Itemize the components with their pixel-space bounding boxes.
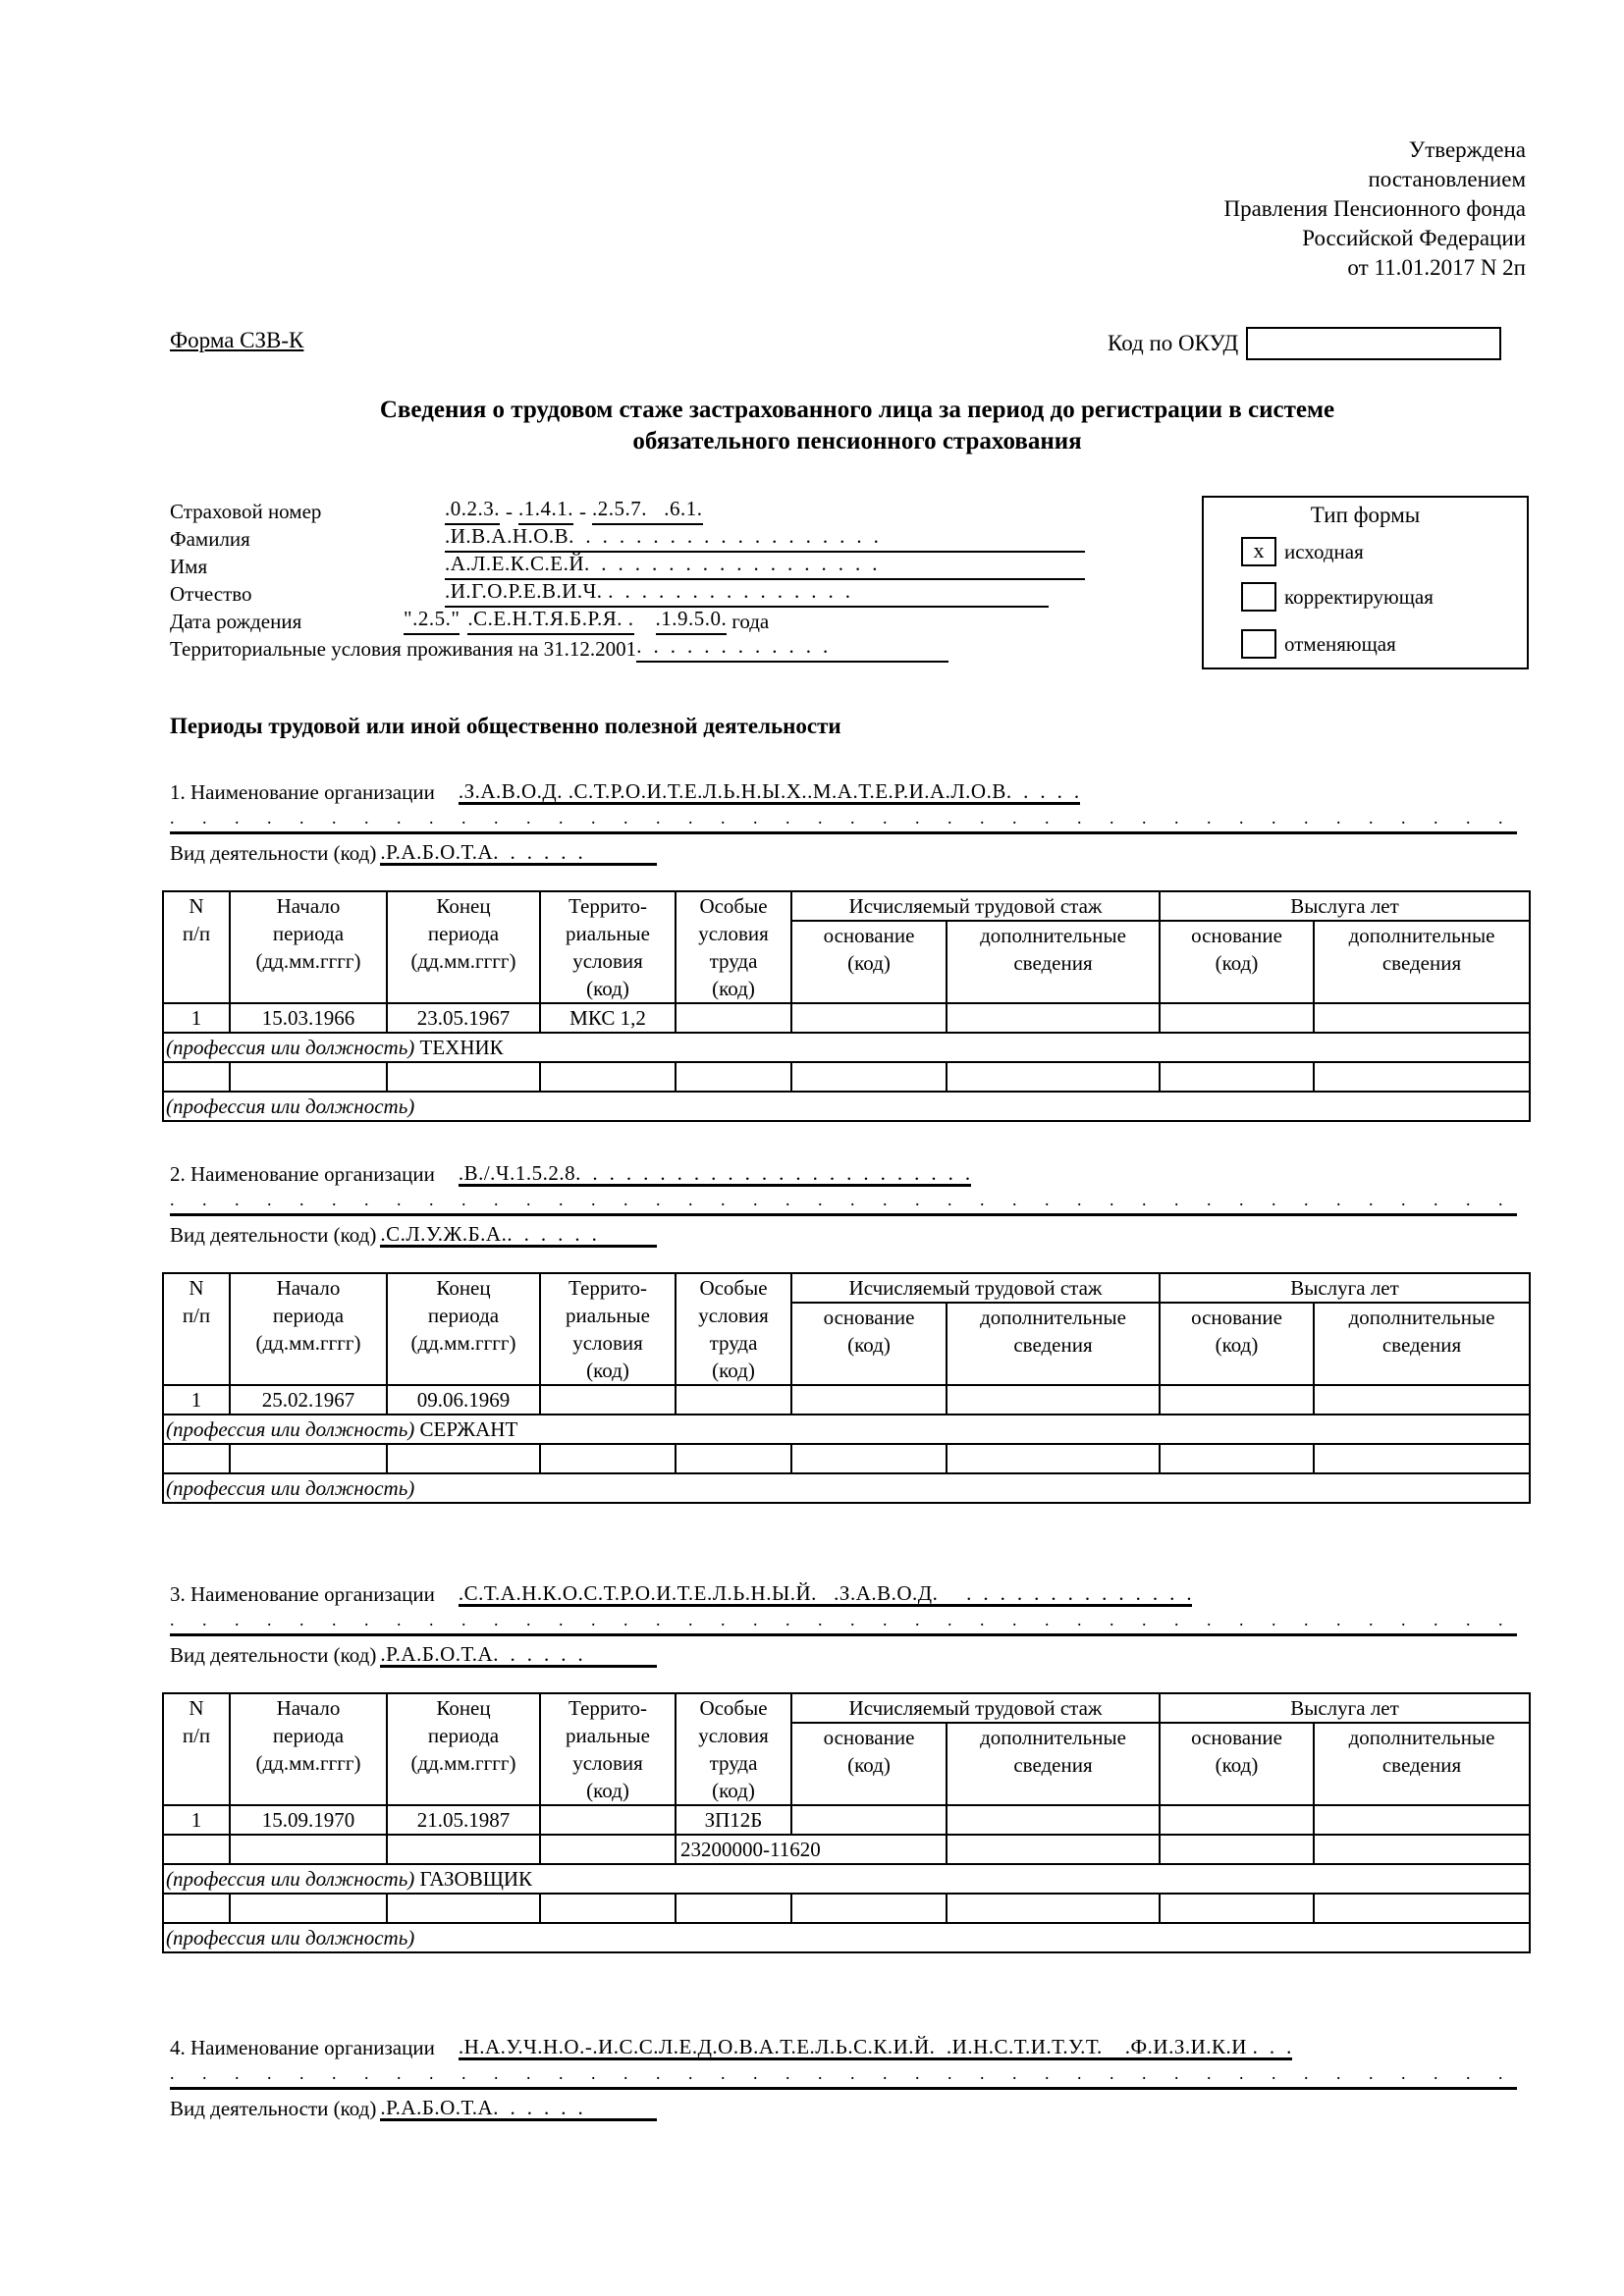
profession-row: (профессия или должность) ТЕХНИК [163,1033,1530,1062]
cell-empty[interactable] [1314,1062,1530,1092]
profession-label: (профессия или должность) [166,1095,414,1118]
cell-stazh-extra[interactable] [947,1385,1160,1415]
profession-label: (профессия или должность) [166,1926,414,1949]
cell-empty[interactable] [1160,1835,1314,1864]
cell-empty[interactable] [791,1444,947,1473]
cell-empty[interactable] [540,1062,676,1092]
cell-stazh-extra[interactable] [947,1805,1160,1835]
cell-vysluga-basis[interactable] [1160,1003,1314,1033]
header-territorial: Террито- риальные условия (код) [540,1693,676,1805]
surname-label: Фамилия [170,525,445,553]
org-name-continuation-field[interactable]: . . . . . . . . . . . . . . . . . . . . … [170,1187,1517,1216]
header-number: N п/п [163,1693,230,1805]
name-field[interactable]: .А.Л.Е.К.С.Е.Й. . . . . . . . . . . . . … [445,553,1085,580]
cell-empty[interactable] [163,1444,230,1473]
header-end: Конец периода (дд.мм.гггг) [387,1693,540,1805]
okud-field-group: Код по ОКУД [1108,327,1501,360]
table-row-special-extra: 23200000-11620 [163,1835,1530,1864]
cell-empty[interactable] [676,1894,791,1923]
snils-part-2[interactable]: .1.4.1. [518,498,573,525]
header-vysluga-extra: дополнительные сведения [1314,921,1530,1003]
profession-value: ТЕХНИК [420,1036,504,1059]
cell-empty[interactable] [540,1835,676,1864]
okud-input[interactable] [1246,327,1501,360]
cell-empty[interactable] [947,1835,1160,1864]
cell-vysluga-extra[interactable] [1314,1003,1530,1033]
title-line-1: Сведения о трудовом стаже застрахованног… [170,395,1544,426]
cell-n[interactable]: 1 [163,1805,230,1835]
cell-special-extra[interactable]: 23200000-11620 [676,1835,947,1864]
option-label: отменяющая [1284,631,1396,657]
header-special-conditions: Особые условия труда (код) [676,1273,791,1385]
checkbox-corrective[interactable] [1241,582,1276,612]
checkbox-cancelling[interactable] [1241,629,1276,659]
cell-stazh-basis[interactable] [791,1385,947,1415]
header-vysluga-basis: основание (код) [1160,1723,1314,1805]
header-special-conditions: Особые условия труда (код) [676,1693,791,1805]
header-vysluga-group: Выслуга лет [1160,1273,1530,1303]
org-label-text: . Наименование организации [181,1582,435,1606]
header-vysluga-extra: дополнительные сведения [1314,1723,1530,1805]
profession-row-blank: (профессия или должность) [163,1092,1530,1121]
header-territorial: Террито- риальные условия (код) [540,891,676,1003]
header-stazh-basis: основание (код) [791,921,947,1003]
cell-empty[interactable] [947,1444,1160,1473]
header-territorial: Террито- риальные условия (код) [540,1273,676,1385]
header-stazh-group: Исчисляемый трудовой стаж [791,891,1160,921]
cell-stazh-basis[interactable] [791,1805,947,1835]
cell-empty[interactable] [163,1062,230,1092]
periods-table: N п/пНачало периода (дд.мм.гггг)Конец пе… [162,1272,1531,1504]
cell-empty[interactable] [230,1835,387,1864]
profession-label: (профессия или должность) [166,1036,414,1059]
periods-heading: Периоды трудовой или иной общественно по… [170,713,841,741]
approval-line: Российской Федерации [1223,224,1526,253]
birth-date-label: Дата рождения [170,608,404,635]
cell-terr[interactable] [540,1805,676,1835]
cell-empty[interactable] [230,1894,387,1923]
cell-empty[interactable] [1314,1894,1530,1923]
cell-empty[interactable] [947,1894,1160,1923]
header-stazh-extra: дополнительные сведения [947,1723,1160,1805]
cell-empty[interactable] [676,1444,791,1473]
periods-table: N п/пНачало периода (дд.мм.гггг)Конец пе… [162,890,1531,1122]
cell-special[interactable]: ЗП12Б [676,1805,791,1835]
approval-line: от 11.01.2017 N 2п [1223,253,1526,283]
table-header-row: N п/пНачало периода (дд.мм.гггг)Конец пе… [163,1693,1530,1723]
cell-end[interactable]: 09.06.1969 [387,1385,540,1415]
header-stazh-group: Исчисляемый трудовой стаж [791,1273,1160,1303]
cell-start[interactable]: 25.02.1967 [230,1385,387,1415]
header-vysluga-group: Выслуга лет [1160,1693,1530,1723]
org-number: 4 [170,2036,181,2059]
approval-line: Правления Пенсионного фонда [1223,194,1526,224]
approval-stamp: Утверждена постановлением Правления Пенс… [1223,135,1526,283]
snils-label: Страховой номер [170,498,445,525]
table-row-blank [163,1444,1530,1473]
cell-stazh-extra[interactable] [947,1003,1160,1033]
form-type-option-initial[interactable]: x исходная [1241,530,1527,573]
organization-block: 1. Наименование организации.З.А.В.О.Д. .… [170,772,1517,866]
cell-empty[interactable] [947,1062,1160,1092]
org-label-text: . Наименование организации [181,1162,435,1186]
territory-field[interactable]: . . . . . . . . . . . . [636,635,948,663]
table-header-row: N п/пНачало периода (дд.мм.гггг)Конец пе… [163,891,1530,921]
profession-label: (профессия или должность) [166,1867,414,1891]
organization-block: 2. Наименование организации.В./.Ч.1.5.2.… [170,1153,1517,1248]
snils-part-1[interactable]: .0.2.3. [445,498,500,525]
table-header-row: N п/пНачало периода (дд.мм.гггг)Конец пе… [163,1273,1530,1303]
activity-field[interactable]: .С.Л.У.Ж.Б.А.. . . . . . [380,1223,657,1248]
header-end: Конец периода (дд.мм.гггг) [387,891,540,1003]
header-stazh-group: Исчисляемый трудовой стаж [791,1693,1160,1723]
title-line-2: обязательного пенсионного страхования [170,426,1544,457]
activity-label: Вид деятельности (код) [170,1222,376,1248]
surname-field[interactable]: .И.В.А.Н.О.В. . . . . . . . . . . . . . … [445,525,1085,553]
cell-empty[interactable] [1160,1444,1314,1473]
header-start: Начало периода (дд.мм.гггг) [230,1273,387,1385]
table-row-blank [163,1062,1530,1092]
profession-row: (профессия или должность) СЕРЖАНТ [163,1415,1530,1444]
cell-special[interactable] [676,1003,791,1033]
form-type-option-corrective[interactable]: корректирующая [1241,573,1527,620]
document-title: Сведения о трудовом стаже застрахованног… [170,395,1544,457]
activity-label: Вид деятельности (код) [170,840,376,866]
cell-empty[interactable] [163,1894,230,1923]
cell-empty[interactable] [540,1894,676,1923]
cell-empty[interactable] [387,1062,540,1092]
okud-label: Код по ОКУД [1108,330,1238,358]
org-number: 2 [170,1162,181,1186]
org-label-text: . Наименование организации [181,780,435,804]
org-name-field[interactable]: .Н.А.У.Ч.Н.О.-.И.С.С.Л.Е.Д.О.В.А.Т.Е.Л.Ь… [459,2036,1292,2060]
cell-stazh-basis[interactable] [791,1003,947,1033]
org-number: 3 [170,1582,181,1606]
cell-empty[interactable] [387,1835,540,1864]
option-label: корректирующая [1284,584,1434,610]
activity-field[interactable]: .Р.А.Б.О.Т.А. . . . . . [380,841,657,866]
cell-start[interactable]: 15.03.1966 [230,1003,387,1033]
patronymic-field[interactable]: .И.Г.О.Р.Е.В.И.Ч. . . . . . . . . . . . … [445,580,1049,608]
cell-empty[interactable] [1314,1444,1530,1473]
header-vysluga-group: Выслуга лет [1160,891,1530,921]
cell-end[interactable]: 21.05.1987 [387,1805,540,1835]
org-number: 1 [170,780,181,804]
cell-terr[interactable]: МКС 1,2 [540,1003,676,1033]
cell-vysluga-basis[interactable] [1160,1385,1314,1415]
org-name-continuation-field[interactable]: . . . . . . . . . . . . . . . . . . . . … [170,805,1517,834]
birth-month-field[interactable]: .С.Е.Н.Т.Я.Б.Р.Я. . [467,608,633,635]
cell-n[interactable]: 1 [163,1385,230,1415]
cell-empty[interactable] [1160,1894,1314,1923]
cell-end[interactable]: 23.05.1967 [387,1003,540,1033]
birth-year-field[interactable]: .1.9.5.0. [656,608,728,635]
profession-cell[interactable]: (профессия или должность) [163,1092,1530,1121]
organization-block: 4. Наименование организации.Н.А.У.Ч.Н.О.… [170,2027,1517,2121]
profession-row-blank: (профессия или должность) [163,1923,1530,1952]
org-name-continuation-field[interactable]: . . . . . . . . . . . . . . . . . . . . … [170,1607,1517,1636]
profession-row: (профессия или должность) ГАЗОВЩИК [163,1864,1530,1894]
cell-empty[interactable] [387,1444,540,1473]
snils-separator: - [500,498,518,525]
org-name-continuation-field[interactable]: . . . . . . . . . . . . . . . . . . . . … [170,2060,1517,2090]
cell-empty[interactable] [676,1062,791,1092]
activity-field[interactable]: .Р.А.Б.О.Т.А. . . . . . [380,2097,657,2121]
territory-label: Территориальные условия проживания на 31… [170,635,636,663]
org-name-field[interactable]: .В./.Ч.1.5.2.8. . . . . . . . . . . . . … [459,1162,971,1187]
cell-empty[interactable] [387,1894,540,1923]
activity-label: Вид деятельности (код) [170,1642,376,1668]
profession-cell[interactable]: (профессия или должность) ТЕХНИК [163,1033,1530,1062]
cell-empty[interactable] [1160,1062,1314,1092]
cell-empty[interactable] [163,1835,230,1864]
cell-terr[interactable] [540,1385,676,1415]
form-name: Форма СЗВ-К [170,327,303,355]
cell-empty[interactable] [540,1444,676,1473]
form-type-box: Тип формы x исходная корректирующая отме… [1202,496,1529,669]
form-type-title: Тип формы [1204,502,1527,530]
header-vysluga-basis: основание (код) [1160,921,1314,1003]
activity-field[interactable]: .Р.А.Б.О.Т.А. . . . . . [380,1643,657,1668]
cell-special[interactable] [676,1385,791,1415]
checkbox-initial[interactable]: x [1241,537,1276,566]
header-vysluga-extra: дополнительные сведения [1314,1303,1530,1385]
table-row-blank [163,1894,1530,1923]
profession-cell[interactable]: (профессия или должность) [163,1923,1530,1952]
option-label: исходная [1284,539,1364,564]
table-row: 125.02.196709.06.1969 [163,1385,1530,1415]
snils-part-3[interactable]: .2.5.7. .6.1. [592,498,703,525]
org-name-label: 2. Наименование организации [170,1161,435,1187]
cell-start[interactable]: 15.09.1970 [230,1805,387,1835]
profession-cell[interactable]: (профессия или должность) СЕРЖАНТ [163,1415,1530,1444]
cell-empty[interactable] [1314,1835,1530,1864]
cell-empty[interactable] [230,1444,387,1473]
org-name-field[interactable]: .З.А.В.О.Д. .С.Т.Р.О.И.Т.Е.Л.Ь.Н.Ы.Х..М.… [459,780,1080,805]
periods-table: N п/пНачало периода (дд.мм.гггг)Конец пе… [162,1692,1531,1953]
header-start: Начало периода (дд.мм.гггг) [230,891,387,1003]
header-number: N п/п [163,891,230,1003]
header-start: Начало периода (дд.мм.гггг) [230,1693,387,1805]
org-name-label: 3. Наименование организации [170,1581,435,1607]
approval-line: Утверждена [1223,135,1526,165]
insured-person-block: Страховой номер .0.2.3. - .1.4.1. - .2.5… [170,498,1085,663]
header-special-conditions: Особые условия труда (код) [676,891,791,1003]
org-name-label: 4. Наименование организации [170,2035,435,2060]
cell-empty[interactable] [230,1062,387,1092]
cell-empty[interactable] [791,1062,947,1092]
profession-cell[interactable]: (профессия или должность) ГАЗОВЩИК [163,1864,1530,1894]
snils-separator: - [573,498,592,525]
profession-cell[interactable]: (профессия или должность) [163,1473,1530,1503]
cell-vysluga-extra[interactable] [1314,1805,1530,1835]
form-type-option-cancelling[interactable]: отменяющая [1241,620,1527,667]
table-row: 115.03.196623.05.1967МКС 1,2 [163,1003,1530,1033]
header-stazh-extra: дополнительные сведения [947,1303,1160,1385]
header-stazh-basis: основание (код) [791,1303,947,1385]
organization-block: 3. Наименование организации.С.Т.А.Н.К.О.… [170,1574,1517,1668]
header-stazh-basis: основание (код) [791,1723,947,1805]
header-vysluga-basis: основание (код) [1160,1303,1314,1385]
birth-day-field[interactable]: ".2.5." [404,608,460,635]
patronymic-label: Отчество [170,580,445,608]
birth-year-suffix: года [731,608,769,635]
profession-label: (профессия или должность) [166,1417,414,1441]
cell-n[interactable]: 1 [163,1003,230,1033]
org-name-label: 1. Наименование организации [170,779,435,805]
table-row: 115.09.197021.05.1987ЗП12Б [163,1805,1530,1835]
cell-vysluga-extra[interactable] [1314,1385,1530,1415]
profession-label: (профессия или должность) [166,1476,414,1500]
header-stazh-extra: дополнительные сведения [947,921,1160,1003]
name-label: Имя [170,553,445,580]
header-end: Конец периода (дд.мм.гггг) [387,1273,540,1385]
profession-value: СЕРЖАНТ [420,1417,518,1441]
cell-vysluga-basis[interactable] [1160,1805,1314,1835]
activity-label: Вид деятельности (код) [170,2096,376,2121]
cell-empty[interactable] [791,1894,947,1923]
org-label-text: . Наименование организации [181,2036,435,2059]
profession-row-blank: (профессия или должность) [163,1473,1530,1503]
org-name-field[interactable]: .С.Т.А.Н.К.О.С.Т.Р.О.И.Т.Е.Л.Ь.Н.Ы.Й. .З… [459,1582,1192,1607]
approval-line: постановлением [1223,165,1526,194]
profession-value: ГАЗОВЩИК [420,1867,533,1891]
header-number: N п/п [163,1273,230,1385]
